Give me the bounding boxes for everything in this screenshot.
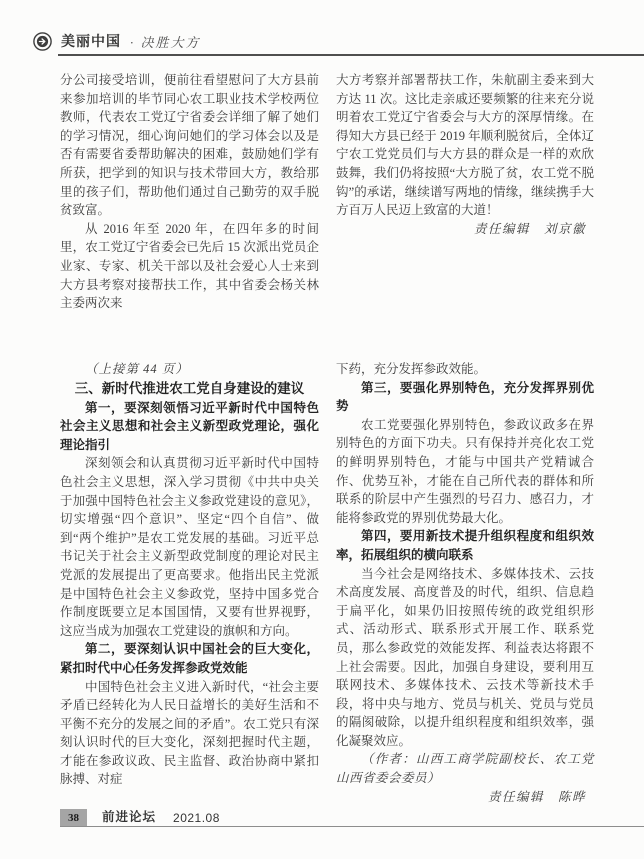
paragraph: 中国特色社会主义进入新时代，“社会主要矛盾已经转化为人民日益增长的美好生活和不平… [60, 678, 319, 790]
page-number-badge: 38 [60, 809, 87, 826]
paragraph: 当今社会是网络技术、多媒体技术、云技术高度发展、高度普及的时代，组织、信息趋于扁… [336, 565, 594, 751]
lead-paragraph: 第四，要用新技术提升组织程度和组织效率，拓展组织的横向联系 [336, 527, 594, 564]
article2-right-column: 下药，充分发挥参政效能。 第三，要强化界别特色，充分发挥界别优势 农工党要强化界… [336, 360, 594, 807]
section-title-main: 美丽中国 [61, 31, 121, 51]
editor-credit: 责任编辑 刘京徽 [336, 220, 594, 239]
paragraph: 深刻领会和认真贯彻习近平新时代中国特色社会主义思想，深入学习贯彻《中共中央关于加… [60, 454, 319, 640]
editor-credit: 责任编辑 陈晔 [336, 788, 594, 807]
section-heading: 三、新时代推进农工党自身建设的建议 [60, 379, 319, 399]
article1-right-column: 大方考察并部署帮扶工作，朱航副主委来到大方达 11 次。这比走亲戚还要频繁的往来… [336, 71, 594, 238]
article1-left-column: 分公司接受培训，便前往看望慰问了大方县前来参加培训的毕节同心农工职业技术学校两位… [60, 71, 319, 313]
paragraph: 下药，充分发挥参政效能。 [336, 360, 594, 379]
lead-paragraph: 第一，要深刻领悟习近平新时代中国特色社会主义思想和社会主义新型政党理论，强化理论… [60, 399, 319, 455]
article2-left-column: （上接第 44 页） 三、新时代推进农工党自身建设的建议 第一，要深刻领悟习近平… [60, 360, 319, 789]
page-footer: 38 前进论坛 2021.08 [60, 807, 644, 827]
page-header: 美丽中国 · 决胜大方 [33, 29, 201, 53]
author-note: （作者：山西工商学院副校长、农工党山西省委会委员） [336, 750, 594, 788]
paragraph: 大方考察并部署帮扶工作，朱航副主委来到大方达 11 次。这比走亲戚还要频繁的往来… [336, 71, 594, 220]
circled-arrow-icon [33, 32, 52, 51]
lead-paragraph: 第三，要强化界别特色，充分发挥界别优势 [336, 379, 594, 416]
issue-label: 2021.08 [173, 811, 220, 826]
continuation-note: （上接第 44 页） [60, 360, 319, 379]
header-rule [58, 54, 644, 56]
paragraph: 分公司接受培训，便前往看望慰问了大方县前来参加培训的毕节同心农工职业技术学校两位… [60, 71, 319, 220]
journal-name: 前进论坛 [102, 807, 156, 826]
magazine-page: 美丽中国 · 决胜大方 分公司接受培训，便前往看望慰问了大方县前来参加培训的毕节… [0, 0, 644, 859]
paragraph: 农工党要强化界别特色，参政议政多在界别特色的方面下功夫。只有保持并亮化农工党的鲜… [336, 416, 594, 528]
lead-paragraph: 第二，要深刻认识中国社会的巨大变化，紧扣时代中心任务发挥参政党效能 [60, 640, 319, 677]
paragraph: 从 2016 年至 2020 年，在四年多的时间里，农工党辽宁省委会已先后 15… [60, 220, 319, 313]
section-title-sub: · 决胜大方 [130, 32, 201, 51]
